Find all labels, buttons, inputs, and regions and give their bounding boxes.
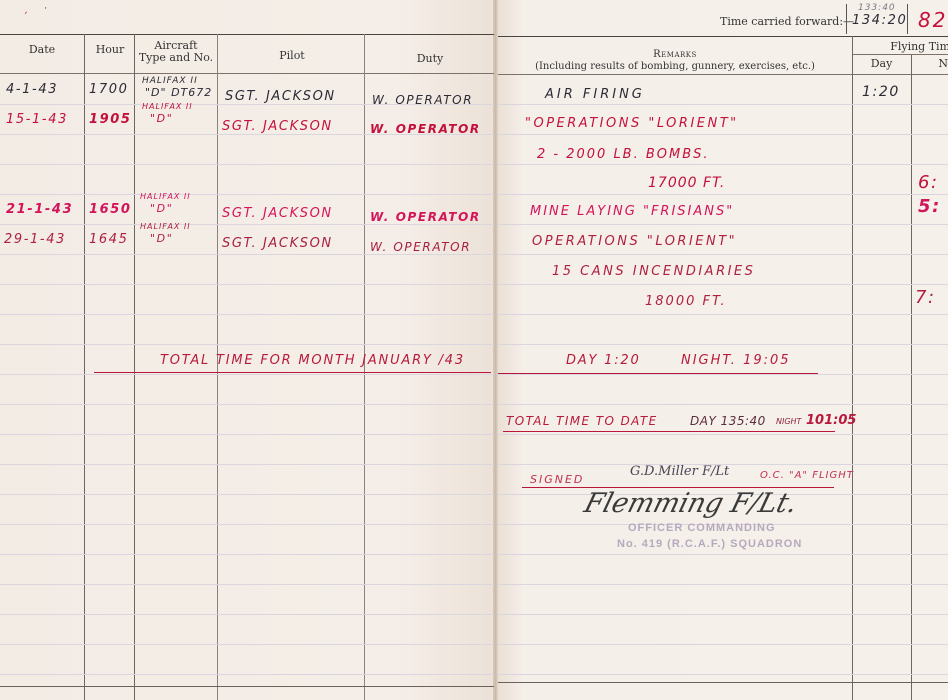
time-carried-forward-label: Time carried forward:— xyxy=(720,16,854,28)
col-header-remarks: Remarks xyxy=(500,49,850,61)
entry-aircraft-no: "D" xyxy=(150,112,173,125)
ruled-line xyxy=(0,674,494,675)
col-header-aircraft-line2: Type and No. xyxy=(136,52,216,64)
col-header-night: N xyxy=(914,58,948,70)
ruled-line xyxy=(498,134,948,135)
entry-hour: 1700 xyxy=(89,82,128,97)
header-top-rule xyxy=(498,36,948,37)
ruled-line xyxy=(0,254,494,255)
ruled-line xyxy=(0,614,494,615)
ruled-line xyxy=(498,584,948,585)
entry-remark: MINE LAYING "FRISIANS" xyxy=(530,204,734,219)
ruled-line xyxy=(0,224,494,225)
ruled-line xyxy=(498,224,948,225)
entry-night-time: 5: xyxy=(918,196,941,217)
col-header-pilot: Pilot xyxy=(220,50,364,62)
ruled-line xyxy=(0,194,494,195)
entry-aircraft-type: HALIFAX II xyxy=(140,192,191,201)
entry-remark: 15 CANS INCENDIARIES xyxy=(552,264,755,279)
entry-date: 15-1-43 xyxy=(6,112,68,127)
month-total-underline xyxy=(94,372,491,373)
carried-forward-day: 134:20 xyxy=(852,13,907,28)
squadron-stamp-line2: No. 419 (R.C.A.F.) SQUADRON xyxy=(617,538,802,550)
commanding-officer-signature: Flemming F/Lt. xyxy=(581,488,801,519)
to-date-night: 101:05 xyxy=(806,413,856,428)
entry-pilot: SGT. JACKSON xyxy=(222,119,333,134)
ruled-line xyxy=(498,674,948,675)
month-total-underline xyxy=(498,373,818,374)
to-date-underline xyxy=(503,431,835,432)
col-header-flying-times: Flying Tim xyxy=(860,41,948,53)
col-header-duty: Duty xyxy=(366,53,494,65)
entry-date: 4-1-43 xyxy=(6,82,58,97)
entry-remark: 2 - 2000 LB. BOMBS. xyxy=(537,147,710,162)
logbook-right-page xyxy=(496,0,948,700)
ruled-line xyxy=(0,584,494,585)
col-header-day: Day xyxy=(852,58,911,70)
carried-forward-night: 82 xyxy=(918,8,947,32)
entry-hour: 1905 xyxy=(89,112,132,127)
month-total-label: TOTAL TIME FOR MONTH JANUARY /43 xyxy=(160,353,465,368)
ruled-line xyxy=(0,404,494,405)
stray-mark: · xyxy=(44,4,48,14)
to-date-day: DAY 135:40 xyxy=(690,414,766,428)
col-header-remarks-sub: (Including results of bombing, gunnery, … xyxy=(500,61,850,73)
header-bottom-rule xyxy=(0,73,494,74)
ruled-line xyxy=(0,374,494,375)
header-bottom-rule xyxy=(498,74,948,75)
to-date-label: TOTAL TIME TO DATE xyxy=(506,414,658,428)
ruled-line xyxy=(498,254,948,255)
entry-duty: W. OPERATOR xyxy=(370,122,481,136)
ruled-line xyxy=(0,554,494,555)
ruled-line xyxy=(0,464,494,465)
footer-rule xyxy=(498,682,948,683)
carried-forward-day-prev: 133:40 xyxy=(858,3,896,13)
ruled-line xyxy=(498,314,948,315)
entry-aircraft-no: "D" xyxy=(150,232,173,245)
header-top-rule xyxy=(0,34,494,35)
col-header-hour: Hour xyxy=(92,44,128,56)
ruled-line xyxy=(498,284,948,285)
ruled-line xyxy=(0,314,494,315)
entry-remark: 17000 FT. xyxy=(648,175,725,191)
col-header-date: Date xyxy=(20,44,64,56)
entry-aircraft-no: "D" DT672 xyxy=(145,86,212,99)
entry-hour: 1645 xyxy=(89,232,128,247)
ruled-line xyxy=(498,194,948,195)
entry-date: 21-1-43 xyxy=(6,202,73,217)
entry-night-time: 7: xyxy=(915,287,936,308)
ruled-line xyxy=(0,284,494,285)
footer-rule xyxy=(0,686,494,687)
book-gutter xyxy=(493,0,498,700)
entry-remark: 18000 FT. xyxy=(645,294,727,309)
ruled-line xyxy=(0,344,494,345)
col-divider xyxy=(852,36,853,700)
flight-commander-signature: G.D.Miller F/Lt xyxy=(630,464,729,479)
flight-commander-role: O.C. "A" FLIGHT xyxy=(760,470,854,481)
ruled-line xyxy=(0,434,494,435)
ruled-line xyxy=(498,434,948,435)
entry-remark: AIR FIRING xyxy=(545,87,645,102)
entry-duty: W. OPERATOR xyxy=(372,93,473,107)
to-date-night-label: NIGHT xyxy=(776,417,801,426)
entry-date: 29-1-43 xyxy=(4,232,66,247)
entry-aircraft-type: HALIFAX II xyxy=(140,222,191,231)
ruled-line xyxy=(498,644,948,645)
ruled-line xyxy=(0,164,494,165)
col-divider xyxy=(911,54,912,700)
entry-remark: OPERATIONS "LORIENT" xyxy=(532,234,737,249)
ruled-line xyxy=(498,554,948,555)
entry-remark: "OPERATIONS "LORIENT" xyxy=(525,116,739,131)
ruled-line xyxy=(0,644,494,645)
entry-aircraft-type: HALIFAX II xyxy=(142,102,193,111)
flying-times-divider xyxy=(852,54,948,55)
ruled-line xyxy=(0,494,494,495)
ruled-line xyxy=(0,524,494,525)
month-total-day: DAY 1:20 xyxy=(566,353,641,368)
ruled-line xyxy=(498,104,948,105)
ruled-line xyxy=(498,344,948,345)
ruled-line xyxy=(498,404,948,405)
entry-aircraft-type: HALIFAX II xyxy=(142,76,198,86)
entry-pilot: SGT. JACKSON xyxy=(225,89,336,104)
ruled-line xyxy=(498,614,948,615)
entry-day-time: 1:20 xyxy=(862,84,900,100)
entry-night-time: 6: xyxy=(918,172,939,193)
ruled-line xyxy=(498,164,948,165)
signed-label: SIGNED xyxy=(530,473,584,486)
month-total-night: NIGHT. 19:05 xyxy=(681,353,791,368)
squadron-stamp-line1: OFFICER COMMANDING xyxy=(628,522,776,534)
stray-mark: , xyxy=(25,6,29,16)
entry-duty: W. OPERATOR xyxy=(370,240,471,254)
entry-aircraft-no: "D" xyxy=(150,202,173,215)
entry-pilot: SGT. JACKSON xyxy=(222,206,333,221)
entry-duty: W. OPERATOR xyxy=(370,210,481,224)
entry-hour: 1650 xyxy=(89,202,132,217)
entry-pilot: SGT. JACKSON xyxy=(222,236,333,251)
ruled-line xyxy=(498,374,948,375)
